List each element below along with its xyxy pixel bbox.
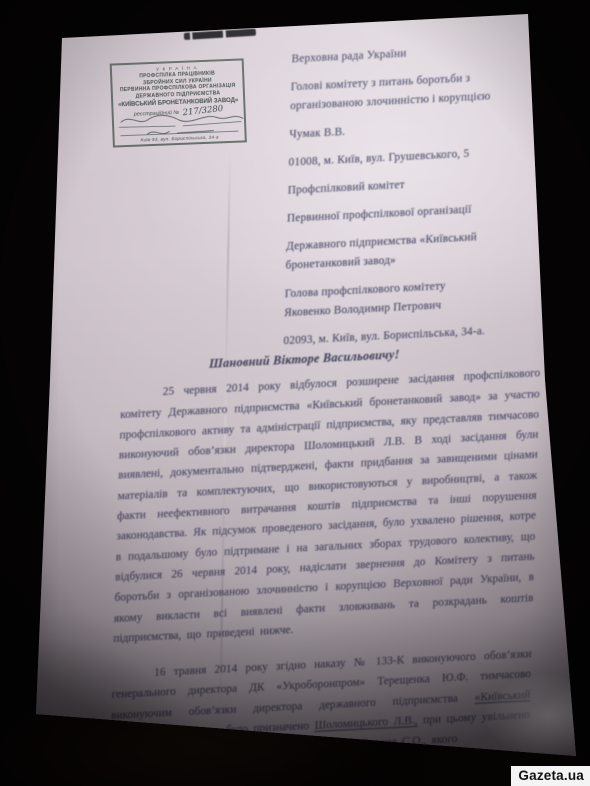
recipient-line: 01008, м. Київ, вул. Грушевського, 5 [288,142,528,173]
recipient-block: Верховна рада УкраїниГолові комітету з п… [283,38,532,360]
recipient-line-group: Профспілковий комітет [287,170,527,201]
document-paper: У К Р А Ї Н АПРОФСПІЛКА ПРАЦІВНИКІВЗБРОЙ… [0,0,590,786]
recipient-line: Первинної профспілкової організації [287,198,527,229]
body-paragraphs: 25 червня 2014 року відбулося розширене … [109,364,540,767]
recipient-line-group: Голова профспілкового комітетуЯковенко В… [284,273,525,323]
stamp-text-lines: У К Р А Ї Н АПРОФСПІЛКА ПРАЦІВНИКІВЗБРОЙ… [112,63,243,108]
recipient-line: Чумак В.В. [289,114,529,145]
recipient-line-group: Верховна рада України [291,38,531,69]
recipient-line-group: Первинної профспілкової організації [287,198,527,229]
recipient-line: Верховна рада України [291,38,531,69]
recipient-line-group: Чумак В.В. [289,114,529,145]
recipient-line-group: Голові комітету з питань боротьби зорган… [290,66,531,116]
recipient-line-group: Державного підприємства «Київськийбронет… [285,226,526,276]
body-text-segment: 25 червня 2014 року відбулося розширене … [113,368,540,645]
letter-body: Шановний Вікторе Васильовичу! 25 червня … [109,337,541,783]
body-text-segment: 16 травня 2014 року згідно наказу № 133-… [111,648,532,722]
union-stamp: У К Р А Ї Н АПРОФСПІЛКА ПРАЦІВНИКІВЗБРОЙ… [110,58,247,147]
recipient-line: Профспілковий комітет [287,170,527,201]
body-paragraph: 25 червня 2014 року відбулося розширене … [113,364,541,649]
photo-frame: У К Р А Ї Н АПРОФСПІЛКА ПРАЦІВНИКІВЗБРОЙ… [0,0,590,786]
letter-content: У К Р А Ї Н АПРОФСПІЛКА ПРАЦІВНИКІВЗБРОЙ… [55,0,569,759]
watermark-gazeta: Gazeta.ua [511,766,590,786]
underlined-text: Шоломицького Л.В., [314,715,417,732]
recipient-line-group: 01008, м. Київ, вул. Грушевського, 5 [288,142,528,173]
